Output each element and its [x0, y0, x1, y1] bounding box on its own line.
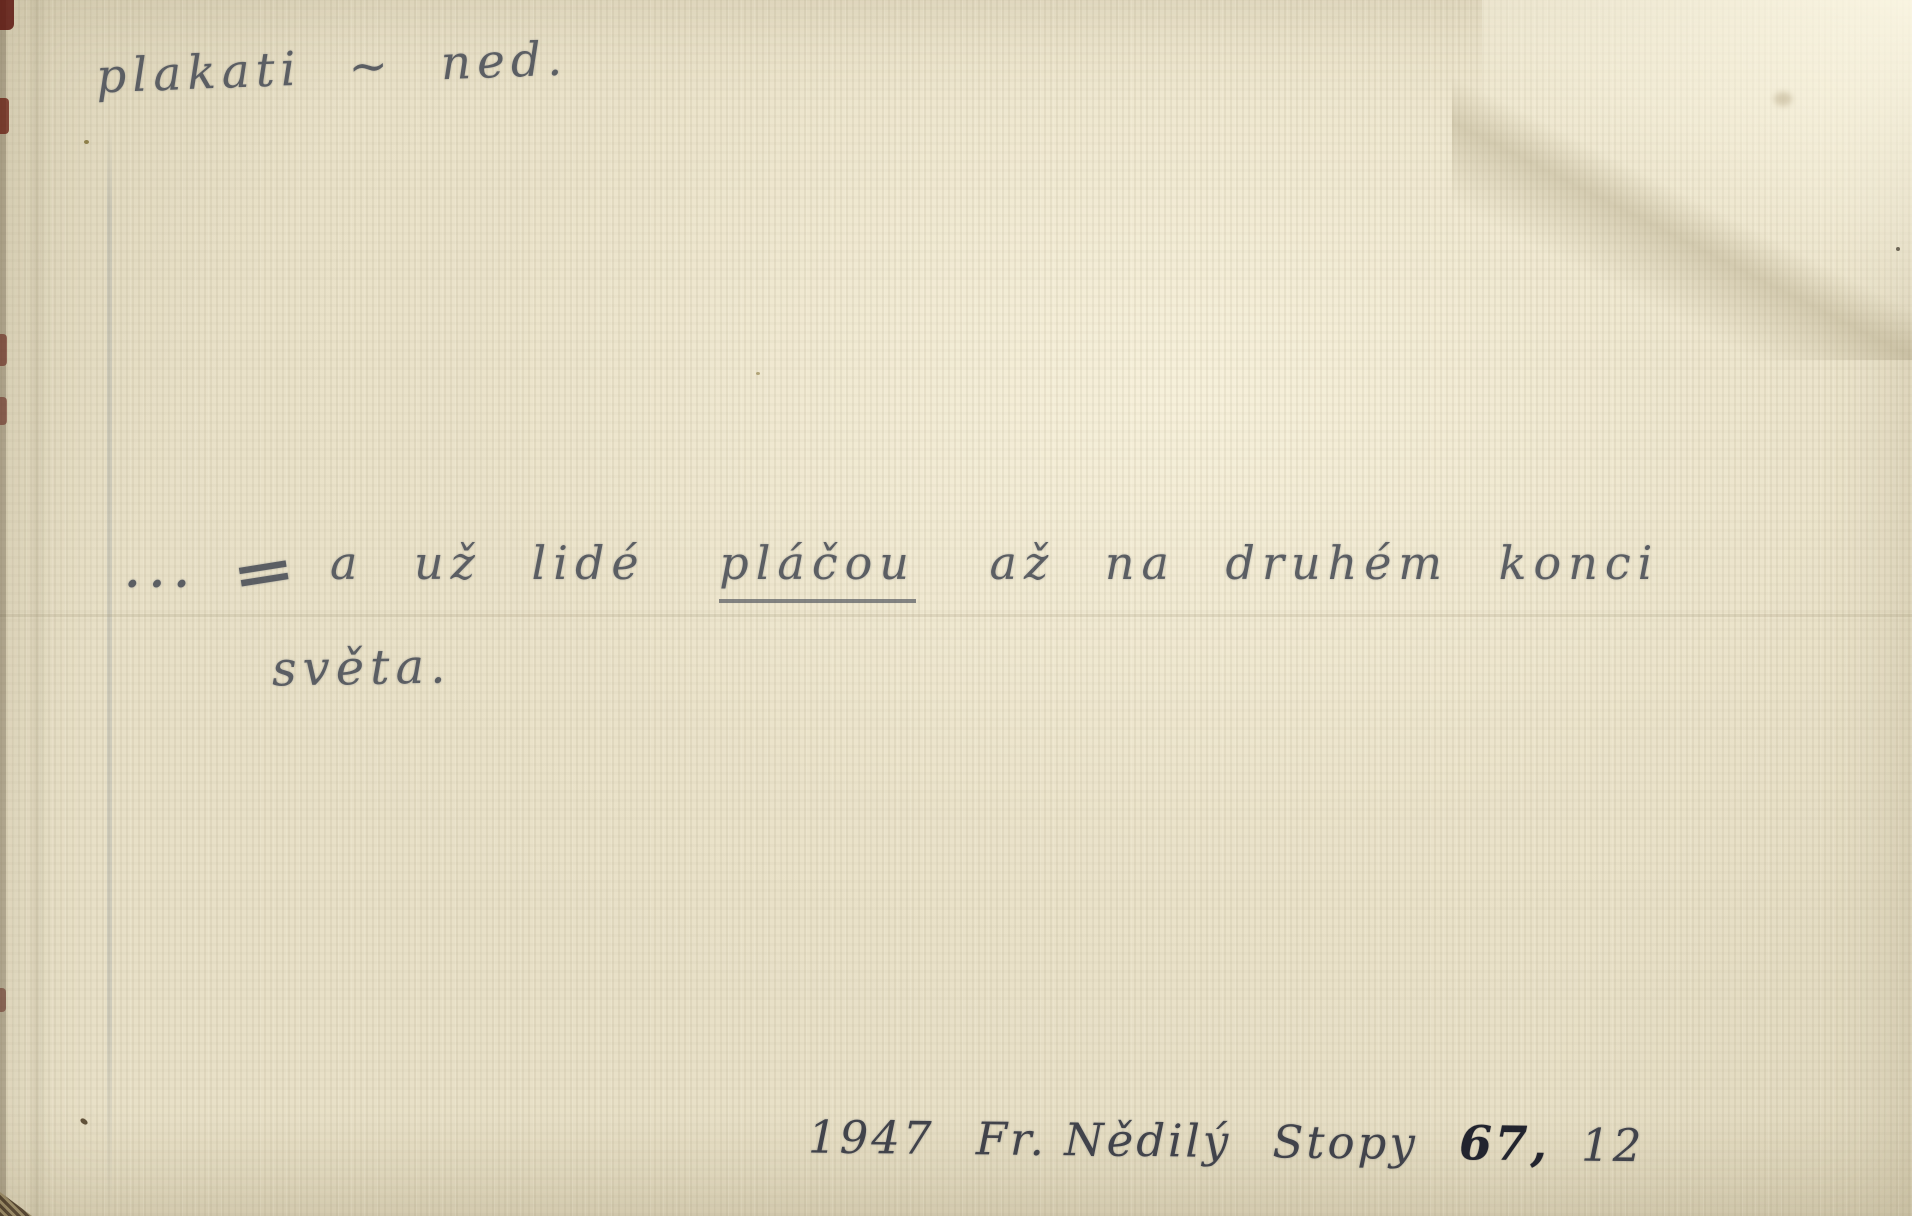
scan-edge-mark — [0, 988, 6, 1012]
scanned-card-page: { "card": { "headword_entry": { "headwor… — [0, 0, 1912, 1216]
ellipsis-mark: ... — [125, 548, 199, 597]
quote-line-1: a už lidé pláčou až na druhém konci — [330, 536, 1683, 590]
scan-edge-mark — [0, 334, 7, 366]
scan-left-edge — [0, 0, 6, 1216]
citation-page: 12 — [1581, 1119, 1645, 1173]
citation-author: Fr. Nědilý — [976, 1112, 1232, 1168]
paper-speck — [1896, 247, 1900, 251]
citation-line: 1947 Fr. Nědilý Stopy 67, 12 — [808, 1109, 1669, 1173]
quote-text-after: až na druhém konci — [990, 536, 1660, 590]
scan-edge-mark — [0, 397, 7, 425]
scan-edge-mark — [0, 0, 14, 30]
citation-page-bold: 67, — [1459, 1116, 1550, 1172]
quote-text-before: a už lidé — [330, 536, 646, 590]
headword: plakati — [95, 42, 303, 105]
paper-speck — [84, 140, 89, 144]
equals-mark: = — [227, 535, 300, 609]
scan-edge-mark — [0, 98, 9, 134]
vertical-margin-crease — [107, 120, 112, 1216]
underlined-word: pláčou — [719, 536, 916, 603]
corner-fold-shadow — [1452, 0, 1912, 360]
paper-smudge — [1774, 92, 1792, 106]
card-scan: plakati ~ ned. ... = a už lidé pláčou až… — [0, 0, 1912, 1216]
faint-horizontal-rule — [0, 614, 1912, 617]
citation-title: Stopy — [1272, 1115, 1418, 1170]
citation-year: 1947 — [808, 1110, 935, 1164]
grammar-note: ned. — [440, 31, 569, 91]
paper-speck — [756, 372, 760, 375]
vertical-crease — [30, 0, 46, 1216]
quote-line-2: světa. — [272, 638, 452, 697]
tilde-separator: ~ — [347, 38, 394, 95]
